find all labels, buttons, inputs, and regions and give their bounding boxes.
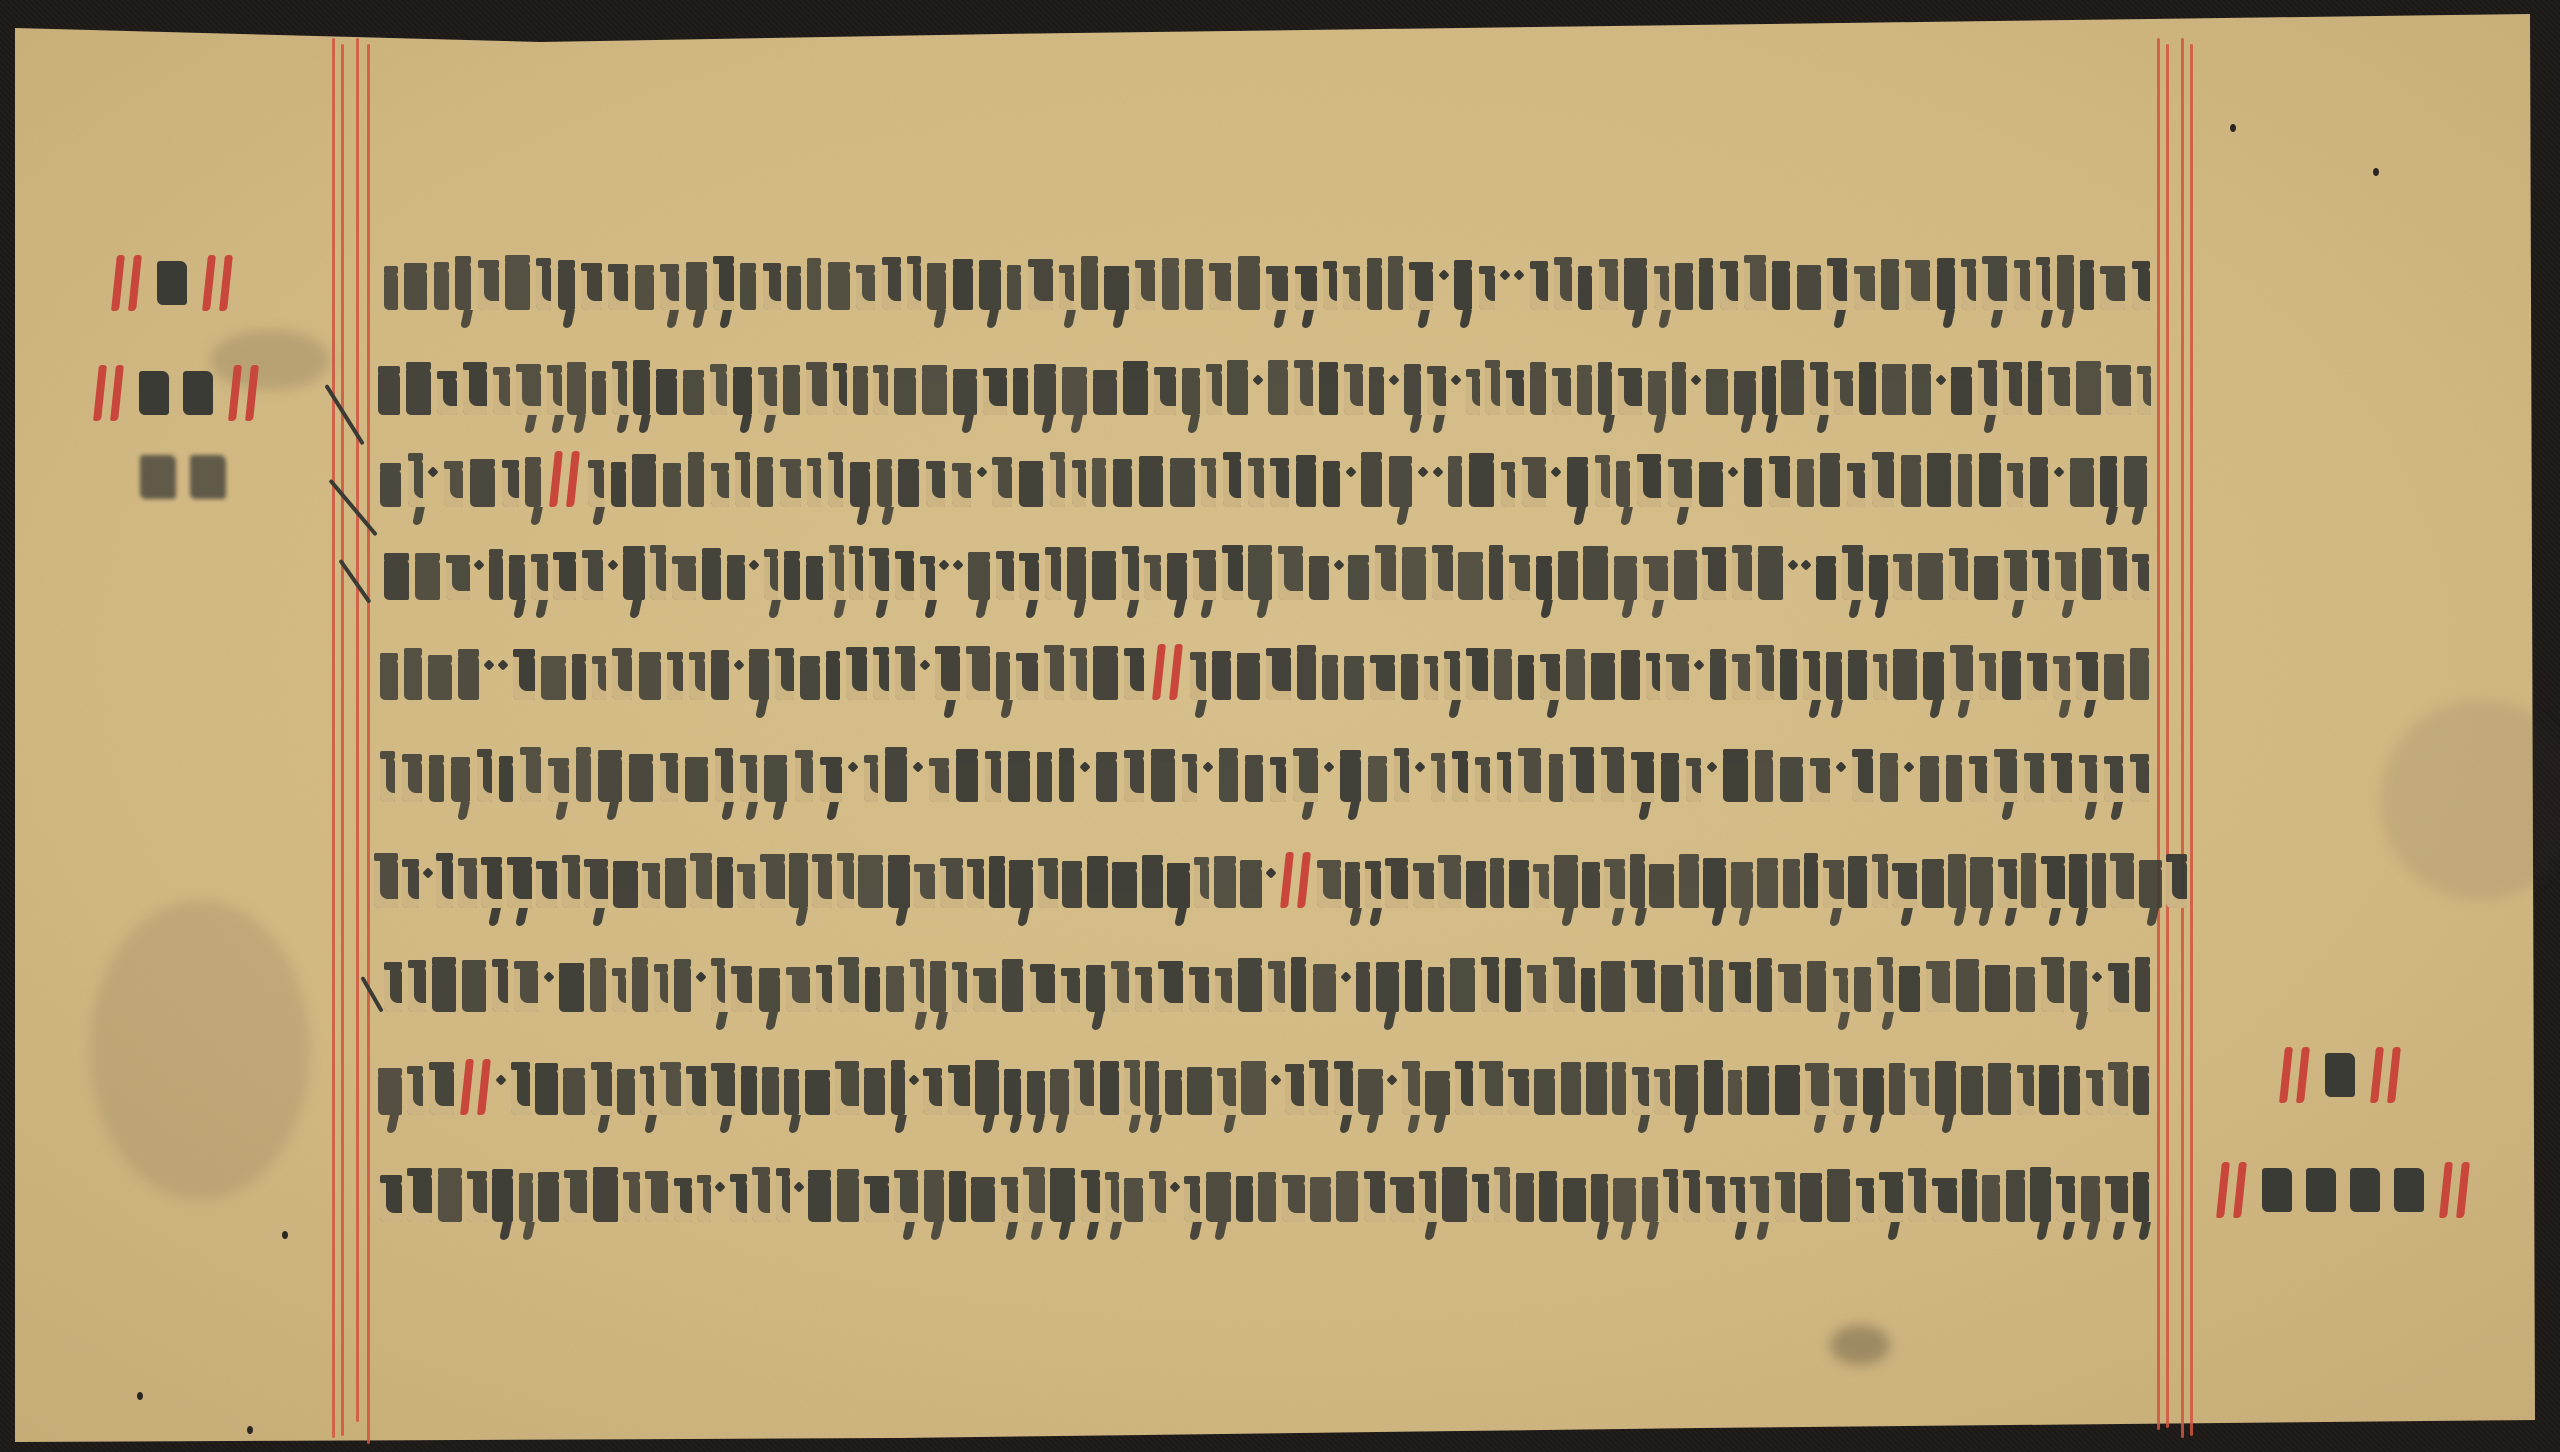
script-glyph [404, 269, 427, 310]
script-glyph [1019, 559, 1039, 600]
script-glyph [835, 1067, 859, 1115]
script-glyph [2069, 860, 2087, 908]
script-glyph [1540, 660, 1560, 700]
script-glyph [632, 963, 648, 1012]
punctuation-dot [1801, 559, 1812, 570]
margin-glyph [2394, 1168, 2424, 1212]
script-glyph [674, 1184, 692, 1222]
script-glyph [856, 271, 875, 310]
script-glyph [2166, 860, 2187, 908]
script-glyph [2135, 963, 2150, 1012]
script-glyph [1059, 754, 1074, 802]
script-glyph [1949, 554, 1968, 600]
script-glyph [1756, 651, 1774, 700]
script-glyph [1206, 370, 1222, 415]
script-glyph [384, 559, 409, 600]
script-glyph [1847, 469, 1865, 507]
manuscript-text-line-3 [380, 437, 2148, 507]
script-glyph [402, 865, 419, 908]
script-glyph [1494, 1173, 1510, 1222]
script-glyph [1833, 974, 1848, 1012]
script-glyph [1142, 861, 1163, 908]
script-glyph [1859, 368, 1876, 415]
script-glyph [1948, 860, 1966, 908]
script-glyph [1567, 463, 1588, 507]
script-glyph [1081, 1176, 1100, 1222]
script-glyph [920, 562, 935, 600]
script-glyph [592, 377, 606, 415]
script-glyph [1227, 366, 1248, 415]
script-glyph [2064, 1072, 2080, 1115]
script-glyph [2133, 1178, 2149, 1222]
script-glyph [592, 662, 606, 700]
script-glyph [1632, 1073, 1649, 1115]
script-glyph [1092, 464, 1106, 507]
script-glyph [1438, 861, 1461, 908]
punctuation-dot [1333, 559, 1344, 570]
script-glyph [1729, 968, 1751, 1012]
script-glyph [1872, 860, 1888, 908]
punctuation-dot [1324, 761, 1335, 772]
script-glyph [1184, 1182, 1200, 1222]
script-glyph [829, 551, 844, 600]
ink-speck [2230, 124, 2236, 132]
script-glyph [713, 262, 734, 310]
script-glyph [1124, 756, 1144, 802]
script-glyph [1734, 377, 1756, 415]
script-glyph [489, 555, 503, 600]
script-glyph [1223, 458, 1241, 507]
script-glyph [1402, 1067, 1420, 1115]
script-glyph [812, 860, 832, 908]
script-glyph [2108, 969, 2129, 1012]
script-glyph [1816, 562, 1836, 600]
punctuation-dot [1387, 1074, 1398, 1085]
script-glyph [1643, 562, 1668, 600]
script-glyph [1124, 654, 1144, 700]
script-glyph [1093, 376, 1117, 415]
script-glyph [1343, 272, 1360, 310]
script-glyph [1926, 967, 1950, 1012]
script-glyph [985, 757, 1001, 802]
punctuation-dot [1903, 761, 1914, 772]
script-glyph [711, 469, 729, 507]
script-glyph [1856, 1184, 1874, 1222]
script-glyph [1706, 1182, 1725, 1222]
script-glyph [507, 863, 532, 908]
script-glyph [1762, 372, 1776, 415]
script-glyph [1004, 1075, 1021, 1115]
script-glyph [1842, 551, 1863, 600]
script-glyph [894, 1176, 918, 1222]
punctuation-dot [908, 1074, 919, 1085]
manuscript-text-line-7 [374, 838, 2188, 908]
script-glyph [1123, 367, 1148, 415]
script-glyph [2070, 464, 2094, 507]
script-glyph [477, 755, 492, 802]
script-glyph [989, 862, 1005, 908]
script-glyph [520, 753, 541, 802]
script-glyph [1145, 1067, 1159, 1115]
script-glyph [1294, 366, 1313, 415]
script-glyph [2021, 859, 2036, 908]
script-glyph [1679, 860, 1699, 908]
script-glyph [1775, 1071, 1800, 1115]
script-glyph [1863, 1074, 1884, 1115]
script-glyph [1661, 971, 1683, 1012]
script-glyph [1803, 657, 1820, 700]
script-glyph [1772, 267, 1790, 310]
script-glyph [1820, 459, 1840, 507]
script-glyph [776, 1174, 790, 1222]
script-glyph [438, 1174, 462, 1222]
script-glyph [807, 464, 821, 507]
ink-speck [282, 1231, 288, 1239]
script-glyph [1624, 264, 1647, 310]
script-glyph [731, 972, 752, 1012]
script-glyph [907, 262, 921, 310]
script-glyph [853, 372, 868, 415]
script-glyph [2032, 556, 2049, 600]
script-glyph [535, 1069, 558, 1115]
script-glyph [436, 859, 453, 908]
script-glyph [1285, 1070, 1304, 1115]
script-glyph [1472, 1180, 1489, 1222]
script-glyph [563, 1074, 585, 1115]
script-glyph [470, 465, 495, 507]
script-glyph [2036, 263, 2050, 310]
script-glyph [1581, 974, 1595, 1012]
script-glyph [635, 271, 654, 310]
punctuation-dot [1253, 374, 1264, 385]
script-glyph [686, 1072, 706, 1115]
script-glyph [1758, 552, 1783, 600]
script-glyph [1720, 267, 1738, 310]
margin-glyph [157, 261, 187, 305]
script-glyph [1432, 551, 1453, 600]
script-glyph [581, 269, 602, 310]
script-glyph [1728, 1076, 1742, 1115]
script-glyph [891, 1066, 905, 1115]
script-glyph [519, 1179, 533, 1222]
double-danda-mark [1279, 852, 1312, 908]
script-glyph [1956, 965, 1979, 1012]
punctuation-dot [1417, 466, 1428, 477]
script-glyph [384, 272, 398, 310]
script-glyph [688, 458, 704, 507]
script-glyph [2106, 371, 2131, 415]
script-glyph [2100, 462, 2117, 507]
double-danda-mark [2278, 1047, 2311, 1103]
script-glyph [1369, 373, 1384, 415]
script-glyph [914, 870, 935, 908]
script-glyph [683, 376, 704, 415]
manuscript-text-line-5 [380, 630, 2150, 700]
script-glyph [1201, 464, 1216, 507]
script-glyph [1481, 963, 1499, 1012]
script-glyph [1194, 863, 1209, 908]
punctuation-dot [498, 659, 509, 670]
script-glyph [837, 859, 854, 908]
script-glyph [2100, 272, 2125, 310]
script-glyph [1124, 1184, 1143, 1222]
script-glyph [567, 368, 586, 415]
script-glyph [1536, 562, 1552, 600]
script-glyph [2014, 266, 2030, 310]
script-glyph [1070, 654, 1087, 700]
script-glyph [608, 270, 628, 310]
script-glyph [1689, 963, 1703, 1012]
script-glyph [1062, 867, 1082, 908]
script-glyph [1185, 265, 1203, 310]
script-glyph [1409, 268, 1433, 310]
script-glyph [1122, 552, 1139, 600]
manuscript-text-line-2 [378, 345, 2152, 415]
script-glyph [808, 1176, 831, 1222]
script-glyph [1345, 868, 1360, 908]
script-glyph [715, 754, 733, 802]
script-glyph [1872, 458, 1894, 507]
script-glyph [1533, 870, 1549, 908]
script-glyph [865, 973, 880, 1012]
script-glyph [894, 374, 916, 415]
script-glyph [1385, 864, 1408, 908]
manuscript-text-line-10 [380, 1152, 2150, 1222]
script-glyph [1189, 973, 1209, 1012]
script-glyph [1686, 764, 1701, 802]
script-glyph [1778, 970, 1801, 1012]
script-glyph [437, 377, 457, 415]
script-glyph [1455, 1067, 1473, 1115]
script-glyph [1222, 551, 1243, 600]
script-glyph [1522, 463, 1546, 507]
double-danda-mark [110, 255, 143, 311]
script-glyph [1501, 468, 1515, 507]
script-glyph [1613, 1184, 1636, 1222]
script-glyph [956, 755, 978, 802]
script-glyph [926, 467, 945, 507]
punctuation-dot [1270, 1074, 1281, 1085]
script-glyph [820, 763, 842, 802]
script-glyph [966, 652, 990, 700]
script-glyph [1124, 1066, 1140, 1115]
script-glyph [2039, 1071, 2059, 1115]
script-glyph [992, 463, 1012, 507]
script-glyph [2051, 759, 2072, 802]
script-glyph [1618, 374, 1642, 415]
script-glyph [432, 963, 456, 1012]
script-glyph [548, 764, 569, 802]
punctuation-dot [607, 559, 618, 570]
script-glyph [2028, 367, 2042, 415]
script-glyph [922, 371, 947, 415]
script-glyph [760, 860, 785, 908]
script-glyph [617, 1075, 635, 1115]
script-glyph [1442, 1173, 1467, 1222]
script-glyph [1621, 656, 1640, 700]
script-glyph [1278, 552, 1303, 600]
script-glyph [1266, 272, 1288, 310]
script-glyph [1595, 461, 1610, 507]
script-glyph [1744, 261, 1766, 310]
script-glyph [924, 1176, 944, 1222]
script-glyph [656, 375, 677, 415]
script-glyph [1757, 864, 1778, 908]
script-glyph [378, 372, 400, 415]
script-glyph [629, 760, 653, 802]
script-glyph [1699, 264, 1713, 310]
margin-annotation [2278, 1047, 2402, 1103]
script-glyph [1699, 468, 1723, 507]
script-glyph [1067, 553, 1086, 600]
script-glyph [1072, 466, 1086, 507]
script-glyph [1780, 655, 1797, 700]
script-glyph [1769, 462, 1790, 507]
script-glyph [1962, 1175, 1977, 1222]
double-danda-mark [548, 451, 581, 507]
script-glyph [1702, 553, 1726, 600]
paper-leaf [0, 0, 2560, 1452]
script-glyph [1151, 755, 1175, 802]
script-glyph [1165, 1076, 1182, 1115]
punctuation-dot [422, 867, 433, 878]
script-glyph [1985, 971, 2010, 1012]
script-glyph [690, 859, 712, 908]
script-glyph [1937, 264, 1955, 310]
script-glyph [1388, 262, 1403, 310]
script-glyph [686, 268, 707, 310]
script-glyph [1209, 269, 1231, 310]
margin-glyph [183, 371, 213, 415]
script-glyph [1428, 973, 1444, 1012]
script-glyph [1376, 968, 1399, 1012]
script-glyph [1920, 762, 1939, 802]
script-glyph [1466, 867, 1486, 908]
script-glyph [1365, 867, 1381, 908]
script-glyph [1310, 1183, 1331, 1222]
script-glyph [1319, 368, 1338, 415]
script-glyph [1086, 971, 1105, 1012]
punctuation-dot [939, 559, 950, 570]
script-glyph [467, 1177, 487, 1222]
script-glyph [2086, 1076, 2103, 1115]
script-glyph [1270, 464, 1289, 507]
script-glyph [975, 1066, 999, 1115]
script-glyph [1631, 966, 1655, 1012]
script-glyph [1918, 559, 1943, 600]
script-glyph [2030, 1173, 2051, 1222]
script-glyph [971, 1183, 995, 1222]
margin-annotation [140, 455, 226, 499]
script-glyph [1527, 971, 1546, 1012]
script-glyph [481, 863, 502, 908]
script-glyph [1215, 974, 1232, 1012]
script-glyph [1880, 759, 1898, 802]
double-danda-mark [227, 365, 260, 421]
script-glyph [2016, 973, 2035, 1012]
script-glyph [1882, 370, 1906, 415]
script-glyph [588, 466, 604, 507]
script-glyph [1466, 375, 1480, 415]
script-glyph [434, 268, 449, 310]
script-glyph [927, 269, 946, 310]
script-glyph [1950, 651, 1973, 700]
script-glyph [1291, 963, 1306, 1012]
script-glyph [1469, 459, 1494, 507]
script-glyph [1016, 659, 1038, 700]
script-glyph [775, 654, 794, 700]
script-glyph [2048, 373, 2070, 415]
script-glyph [1450, 964, 1475, 1012]
script-glyph [923, 1074, 942, 1115]
script-glyph [1309, 1066, 1328, 1115]
script-glyph [895, 557, 914, 600]
manuscript-text-line-9 [378, 1045, 2150, 1115]
script-glyph [837, 1175, 859, 1222]
script-glyph [1466, 654, 1488, 700]
script-glyph [660, 759, 678, 802]
script-glyph [2139, 866, 2162, 908]
script-glyph [1534, 1075, 1555, 1115]
script-glyph [2057, 261, 2074, 310]
script-glyph [1616, 467, 1630, 507]
script-glyph [1087, 862, 1108, 908]
script-glyph [996, 557, 1014, 600]
script-glyph [1297, 651, 1316, 700]
script-glyph [1002, 965, 1023, 1012]
script-glyph [2107, 553, 2127, 600]
script-glyph [492, 965, 508, 1012]
script-glyph [1951, 373, 1972, 415]
script-glyph [735, 458, 750, 507]
script-glyph [1932, 1184, 1957, 1222]
double-danda-mark [1151, 644, 1184, 700]
script-glyph [953, 265, 973, 310]
margin-annotation [2215, 1162, 2471, 1218]
punctuation-dot [1079, 761, 1090, 772]
script-glyph [1807, 967, 1826, 1012]
script-glyph [935, 652, 960, 700]
script-glyph [1368, 762, 1387, 802]
script-glyph [869, 554, 889, 600]
script-glyph [1912, 370, 1931, 415]
script-glyph [2081, 1182, 2100, 1222]
script-glyph [582, 556, 603, 600]
punctuation-dot [1415, 761, 1426, 772]
punctuation-dot [1514, 269, 1525, 280]
script-glyph [1877, 963, 1893, 1012]
script-glyph [660, 1068, 681, 1115]
script-glyph [1050, 458, 1065, 507]
script-glyph [509, 561, 525, 600]
punctuation-dot [474, 559, 485, 570]
script-glyph [1988, 1069, 2011, 1115]
manuscript-folio: Photograph of a Nepalese Sanskrit manusc… [0, 0, 2560, 1452]
script-glyph [1167, 869, 1190, 908]
script-glyph [1237, 659, 1260, 700]
manuscript-text-line-6 [380, 732, 2150, 802]
punctuation-dot [1450, 374, 1461, 385]
script-glyph [1248, 464, 1264, 507]
script-glyph [1780, 763, 1803, 802]
script-glyph [2124, 462, 2147, 507]
script-glyph [499, 762, 513, 802]
punctuation-dot [543, 971, 554, 982]
script-glyph [1978, 366, 1997, 415]
script-glyph [1475, 763, 1490, 802]
red-rule-line [367, 44, 370, 1444]
script-glyph [1958, 460, 1972, 507]
